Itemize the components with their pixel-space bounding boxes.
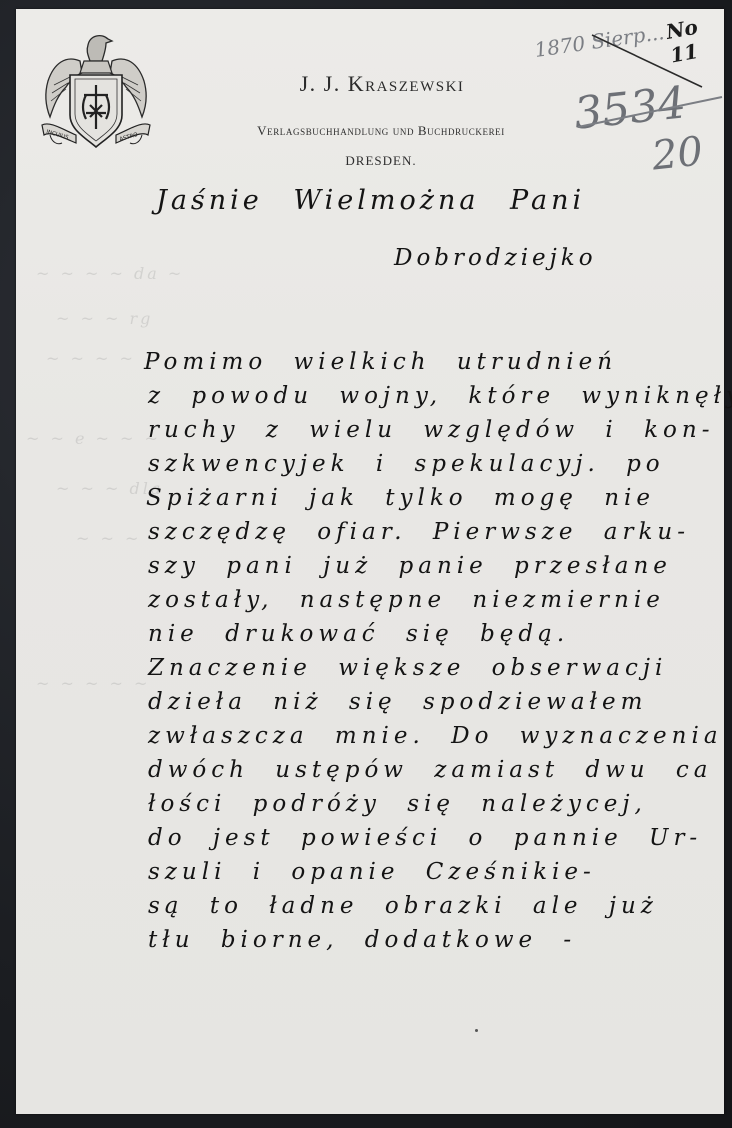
ink-speck	[475, 1029, 478, 1032]
letter-line: Spiżarni jak tylko mogę nie	[146, 485, 655, 511]
letterhead-city: DRESDEN.	[306, 153, 456, 169]
letter-line: szkwencyjek i spekulacyj. po	[148, 451, 665, 477]
letter-line: zostały, następne niezmiernie	[148, 587, 665, 613]
eagle-coat-of-arms-icon: INCUIUS ASTRO	[36, 25, 156, 155]
letter-line: dzieła niż się spodziewałem	[148, 689, 647, 715]
letter-line: do jest powieści o pannie Ur-	[148, 825, 702, 851]
letter-line: szy pani już panie przesłane	[148, 553, 672, 579]
letter-line: szczędzę ofiar. Pierwsze arku-	[148, 519, 690, 545]
pencil-page-number: 20	[650, 128, 705, 179]
letterhead-name: J. J. Kraszewski	[212, 71, 552, 97]
letter-line: dwóch ustępów zamiast dwu ca	[148, 757, 713, 783]
letter-line: Znaczenie większe obserwacji	[148, 655, 667, 681]
bleedthrough-text: ~ ~ ~ ~ ~	[36, 674, 150, 693]
letter-line: są to ładne obrazki ale już	[148, 893, 658, 919]
letter-line: ruchy z wielu względów i kon-	[148, 417, 714, 443]
salutation-line-1: Jaśnie Wielmożna Pani	[156, 185, 585, 216]
bleedthrough-text: ~ ~ ~ ~	[46, 349, 136, 368]
letter-line: zwłaszcza mnie. Do wyznaczenia	[148, 723, 723, 749]
letter-line: Pomimo wielkich utrudnień	[144, 349, 617, 375]
letterhead-subtitle: Verlagsbuchhandlung und Buchdruckerei	[206, 123, 556, 139]
salutation-line-2: Dobrodziejko	[394, 245, 597, 271]
letter-line: szuli i opanie Cześnikie-	[148, 859, 596, 885]
letter-line: tłu biorne, dodatkowe -	[148, 927, 576, 953]
pencil-strike-line	[576, 91, 726, 131]
bleedthrough-text: ~ ~ e ~ ~ ~	[26, 429, 161, 448]
bleedthrough-text: ~ ~ ~ ~ da ~	[36, 264, 184, 283]
bleedthrough-text: ~ ~ ~ rg	[56, 309, 153, 328]
letter-line: z powodu wojny, które wyniknęły	[148, 383, 732, 409]
letter-line: łości podróży się należycej,	[148, 791, 647, 817]
letter-sheet: ~ ~ ~ ~ da ~ ~ ~ ~ rg ~ ~ ~ ~ ~ ~ e ~ ~ …	[16, 9, 724, 1114]
bleedthrough-text: ~ ~ ~	[76, 529, 141, 548]
letter-line: nie drukować się będą.	[148, 621, 569, 647]
